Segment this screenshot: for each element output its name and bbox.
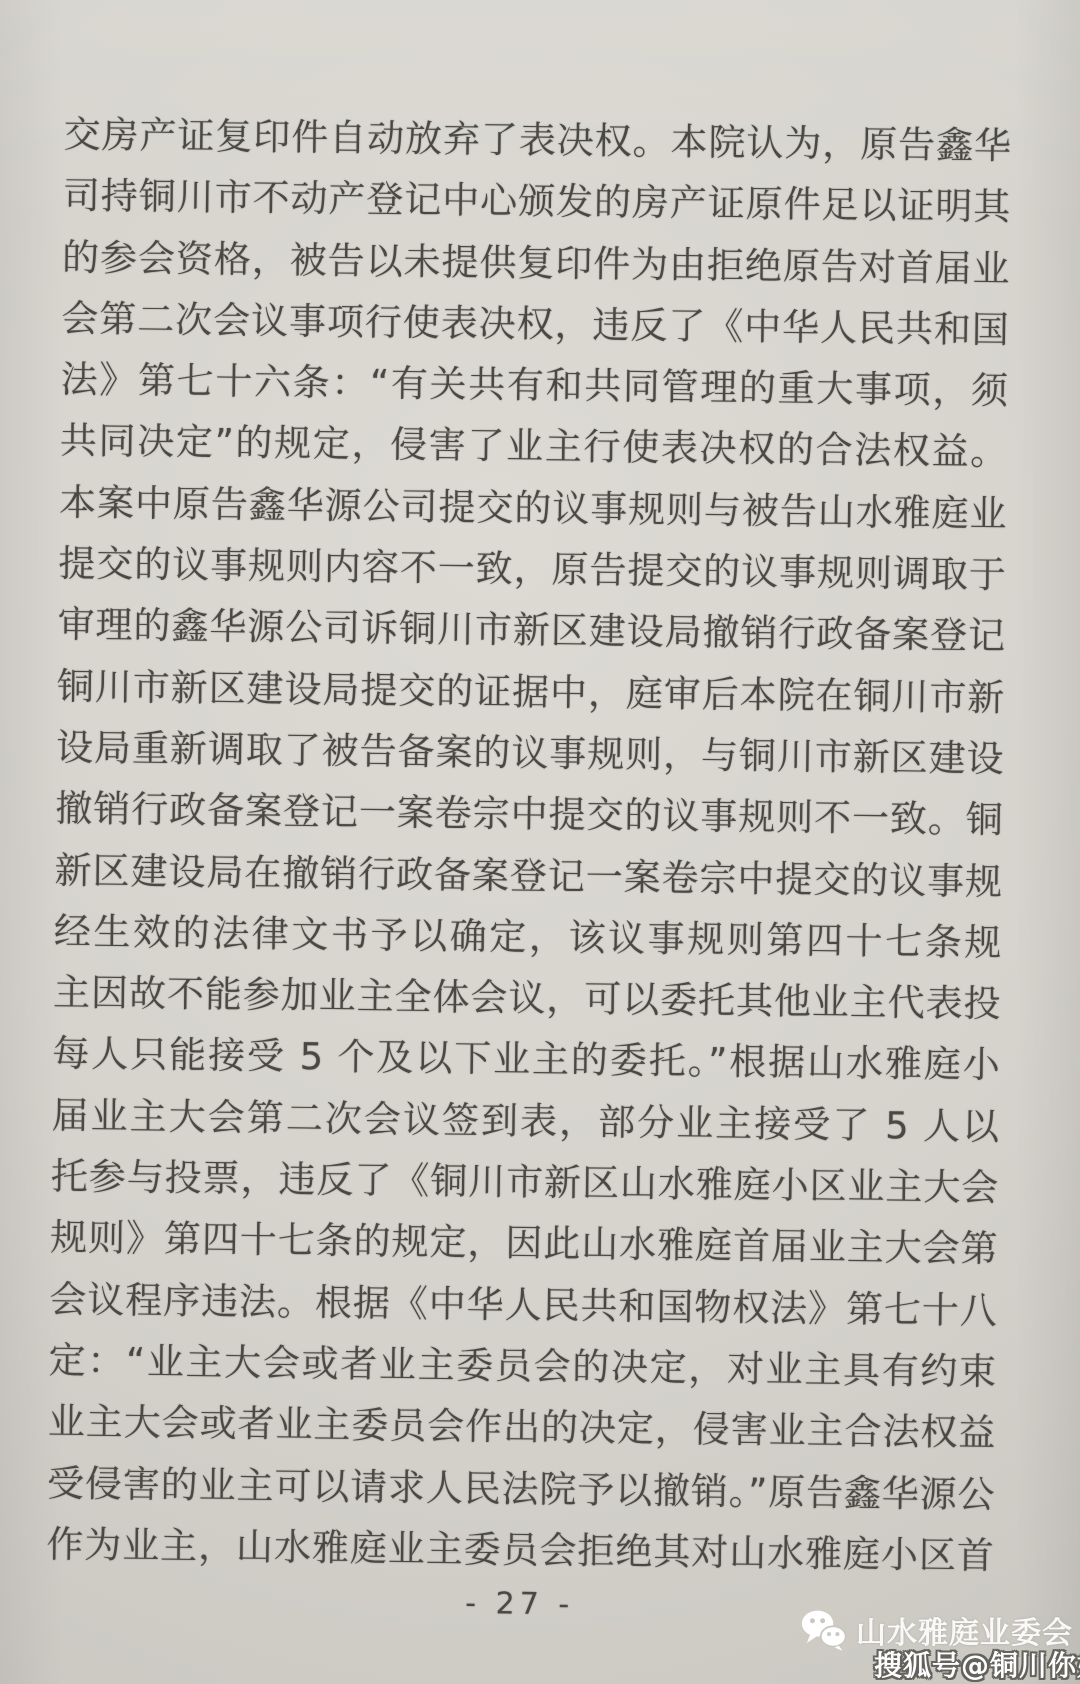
document-line: 交房产证复印件自动放弃了表决权。本院认为，原告鑫华源公 <box>63 104 1012 177</box>
document-line: 主因故不能参加业主全体会议，可以委托其他业主代表投票， <box>53 962 1002 1035</box>
document-line: 托参与投票，违反了《铜川市新区山水雅庭小区业主大会议事 <box>51 1146 1000 1219</box>
wechat-icon <box>800 1608 848 1652</box>
watermark-sohu-handle: 搜狐号@铜川你好 <box>874 1644 1080 1684</box>
document-line: 受侵害的业主可以请求人民法院予以撤销。”原告鑫华源公司 <box>47 1452 996 1525</box>
document-line: 作为业主，山水雅庭业主委员会拒绝其对山水雅庭小区首届业 <box>46 1514 995 1587</box>
document-line: 设局重新调取了被告备案的议事规则，与铜川市新区建设局在 <box>56 717 1005 790</box>
document-line: 审理的鑫华源公司诉铜川市新区建设局撤销行政备案登记一案 <box>57 594 1006 667</box>
document-line: 定：“业主大会或者业主委员会的决定，对业主具有约束力。 <box>48 1330 997 1403</box>
document-line: 本案中原告鑫华源公司提交的议事规则与被告山水雅庭业委会 <box>59 472 1008 545</box>
document-line: 共同决定”的规定，侵害了业主行使表决权的合法权益。另外， <box>60 410 1009 483</box>
document-line: 会议程序违法。根据《中华人民共和国物权法》第七十八条规 <box>49 1269 998 1342</box>
document-line: 会第二次会议事项行使表决权，违反了《中华人民共和国物权 <box>61 288 1010 361</box>
photographed-document-page: 交房产证复印件自动放弃了表决权。本院认为，原告鑫华源公 司持铜川市不动产登记中心… <box>0 0 1080 1684</box>
document-text-block: 交房产证复印件自动放弃了表决权。本院认为，原告鑫华源公 司持铜川市不动产登记中心… <box>46 104 1012 1628</box>
document-line: 的参会资格，被告以未提供复印件为由拒绝原告对首届业主大 <box>62 227 1011 300</box>
document-line: 撤销行政备案登记一案卷宗中提交的议事规则不一致。铜川市 <box>55 778 1004 851</box>
document-line: 经生效的法律文书予以确定，该议事规则第四十七条规定：“业 <box>54 901 1003 974</box>
document-line: 届业主大会第二次会议签到表，部分业主接受了 5 人以上的委 <box>51 1085 1000 1158</box>
document-line: 铜川市新区建设局提交的证据中，庭审后本院在铜川市新区建 <box>57 656 1006 729</box>
document-line: 业主大会或者业主委员会作出的决定，侵害业主合法权益的， <box>48 1391 997 1464</box>
document-line: 法》第七十六条：“有关共有和共同管理的重大事项，须由业主 <box>60 349 1009 422</box>
document-line: 新区建设局在撤销行政备案登记一案卷宗中提交的议事规则已 <box>54 840 1003 913</box>
document-line: 司持铜川市不动产登记中心颁发的房产证原件足以证明其业主 <box>63 165 1012 238</box>
document-line: 每人只能接受 5 个及以下业主的委托。”根据山水雅庭小区首 <box>52 1023 1001 1096</box>
document-line: 规则》第四十七条的规定，因此山水雅庭首届业主大会第二次 <box>50 1207 999 1280</box>
document-line: 提交的议事规则内容不一致，原告提交的议事规则调取于本院 <box>58 533 1007 606</box>
watermark: 山水雅庭业委会 搜狐号@铜川你好 <box>800 1608 1080 1684</box>
